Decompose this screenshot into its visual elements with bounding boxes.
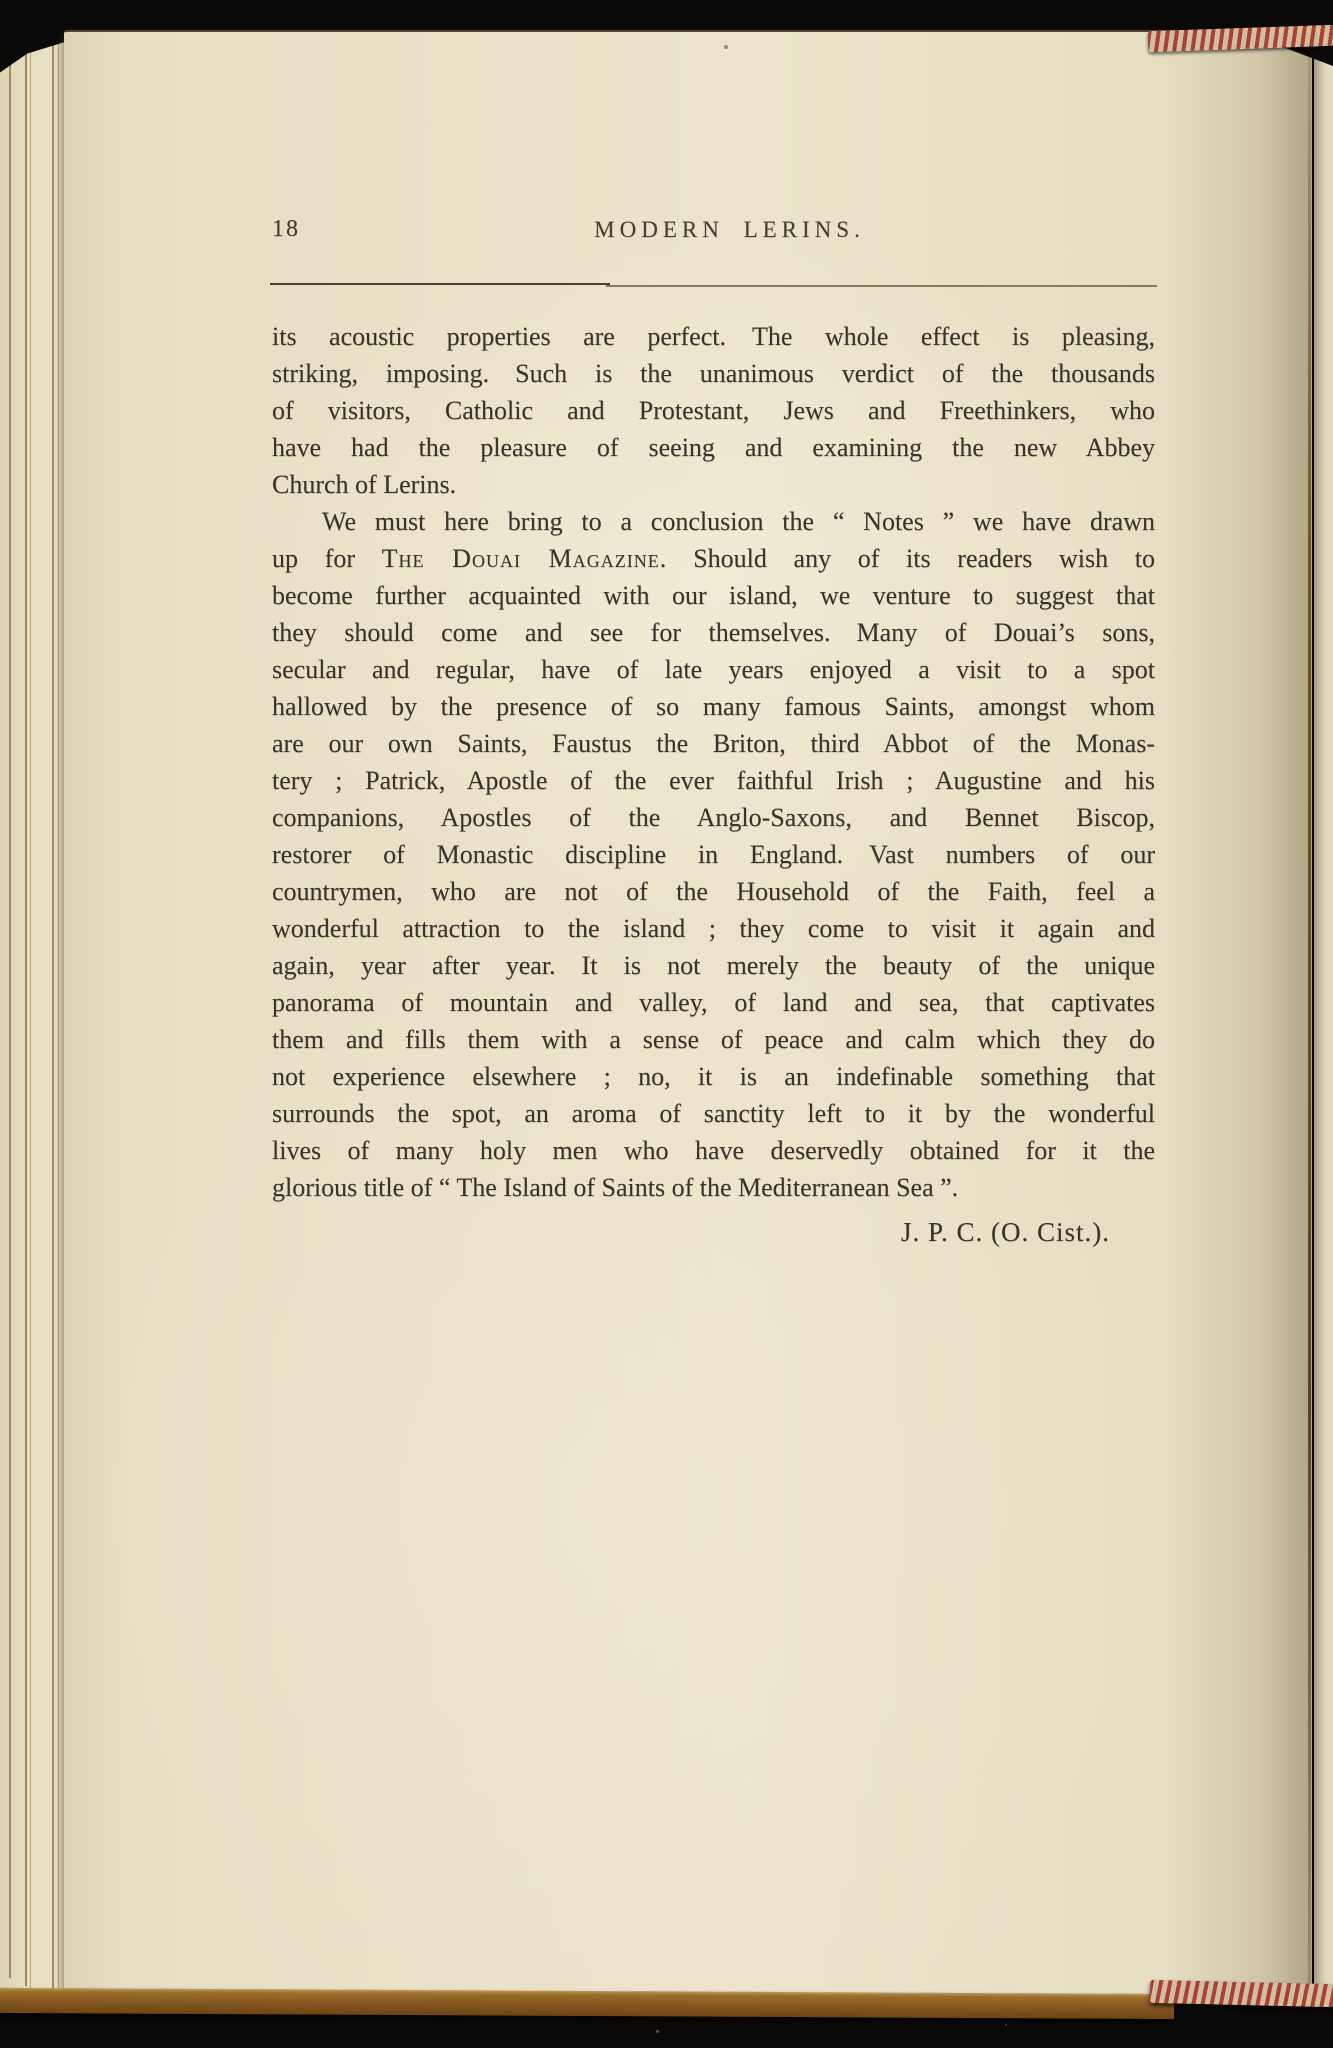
page-edge-line (52, 34, 54, 1990)
magazine-title: The Douai Magazine. (382, 544, 668, 573)
text-line: tery ; Patrick, Apostle of the ever fait… (272, 762, 1155, 799)
paragraph-2: We must here bring to a conclusion the “… (272, 503, 1155, 1206)
header-rule (270, 283, 1157, 288)
cover-edge-bottom (0, 1988, 1174, 2019)
text-line: restorer of Monastic discipline in Engla… (272, 836, 1155, 873)
text-line: striking, imposing. Such is the unanimou… (272, 355, 1155, 392)
text-line: wonderful attraction to the island ; the… (272, 910, 1155, 947)
dust-speck (724, 45, 728, 49)
text-line: Church of Lerins. (272, 466, 1155, 503)
book-page: 18 MODERN LERINS. its acoustic propertie… (64, 30, 1312, 1996)
text-line: again, year after year. It is not merely… (272, 947, 1155, 984)
page-edge-line (30, 37, 31, 1988)
page-edge-line (9, 42, 11, 1978)
text-line: companions, Apostles of the Anglo-Saxons… (272, 799, 1155, 836)
running-head-row: 18 MODERN LERINS. (272, 216, 1155, 252)
text-line: secular and regular, have of late years … (272, 651, 1155, 688)
author-signature: J. P. C. (O. Cist.). (272, 1214, 1155, 1251)
text-line: lives of many holy men who have deserved… (272, 1132, 1155, 1169)
page-edge-line (58, 34, 59, 1992)
text-line: not experience elsewhere ; no, it is an … (272, 1058, 1155, 1095)
photographed-book-scene: 18 MODERN LERINS. its acoustic propertie… (0, 0, 1333, 2048)
running-title: MODERN LERINS. (594, 217, 865, 243)
text-line: countrymen, who are not of the Household… (272, 873, 1155, 910)
page-edge-line (25, 37, 27, 1986)
text-line: them and fills them with a sense of peac… (272, 1021, 1155, 1058)
text-line: are our own Saints, Faustus the Briton, … (272, 725, 1155, 762)
text-line: of visitors, Catholic and Protestant, Je… (272, 392, 1155, 429)
text-line: hallowed by the presence of so many famo… (272, 688, 1155, 725)
text-line: panorama of mountain and valley, of land… (272, 984, 1155, 1021)
text-span: up for (272, 544, 382, 573)
header-rule-segment (606, 285, 1157, 287)
spine-crease-line (1308, 54, 1311, 1990)
spine-gutter-shadow (1164, 32, 1312, 1994)
facing-page-sliver (1314, 42, 1333, 1988)
dust-speck (656, 2030, 659, 2033)
page-number: 18 (272, 216, 300, 243)
text-line: have had the pleasure of seeing and exam… (272, 429, 1155, 466)
fore-edge-pages (0, 34, 68, 1992)
headband-bottom (1150, 1980, 1333, 2007)
header-rule-segment (270, 283, 610, 285)
text-span: Should any of its readers wish to (667, 544, 1155, 573)
text-line: they should come and see for themselves.… (272, 614, 1155, 651)
text-line: its acoustic properties are perfect. The… (272, 318, 1155, 355)
text-line: become further acquainted with our islan… (272, 577, 1155, 614)
text-line: up for The Douai Magazine. Should any of… (272, 540, 1155, 577)
text-line: We must here bring to a conclusion the “… (272, 503, 1155, 540)
text-line: surrounds the spot, an aroma of sanctity… (272, 1095, 1155, 1132)
text-block: its acoustic properties are perfect. The… (272, 318, 1155, 1206)
dust-speck (1005, 2024, 1007, 2026)
paragraph-1: its acoustic properties are perfect. The… (272, 318, 1155, 503)
text-line: glorious title of “ The Island of Saints… (272, 1169, 1155, 1206)
